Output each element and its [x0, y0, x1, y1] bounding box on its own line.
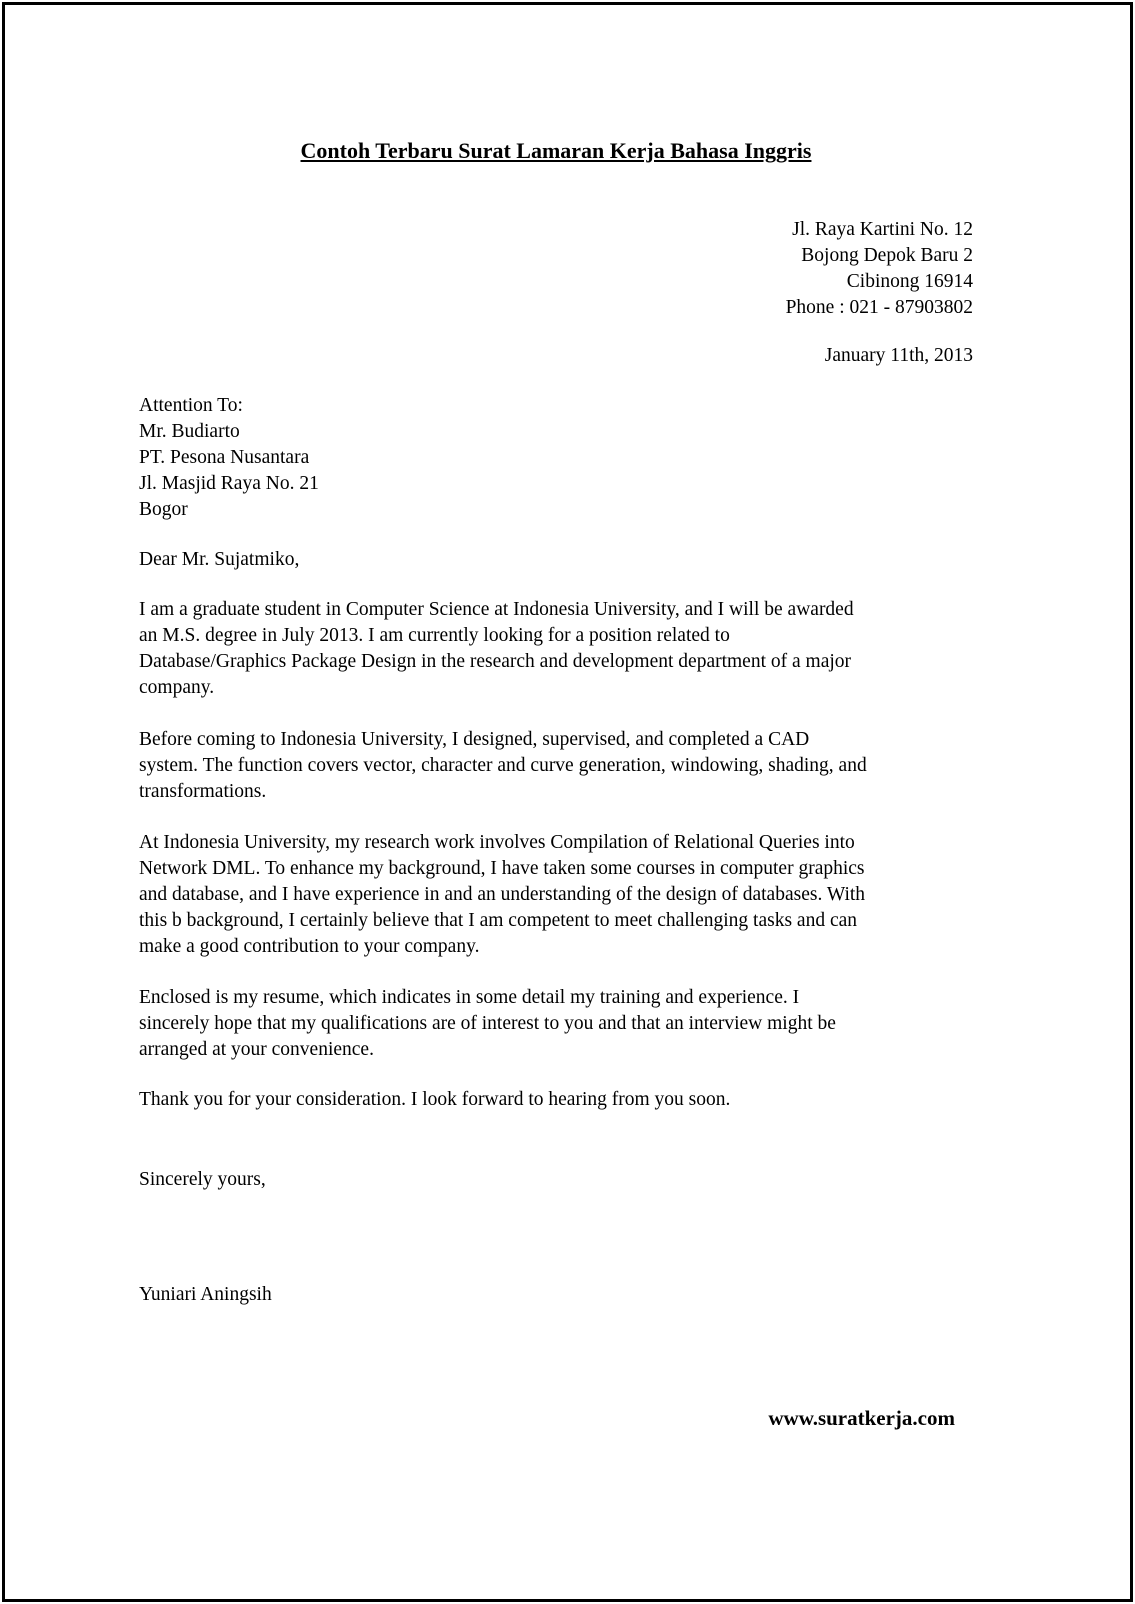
closing-phrase: Sincerely yours, — [139, 1167, 973, 1193]
sender-address-block: Jl. Raya Kartini No. 12 Bojong Depok Bar… — [139, 217, 973, 321]
body-paragraph-5: Thank you for your consideration. I look… — [139, 1087, 973, 1113]
signature-name: Yuniari Aningsih — [139, 1282, 973, 1308]
body-paragraph-3: At Indonesia University, my research wor… — [139, 830, 973, 960]
body-paragraph-1: I am a graduate student in Computer Scie… — [139, 597, 973, 701]
salutation: Dear Mr. Sujatmiko, — [139, 547, 973, 573]
website-footer: www.suratkerja.com — [139, 1405, 955, 1432]
letter-title: Contoh Terbaru Surat Lamaran Kerja Bahas… — [139, 137, 973, 165]
letter-content: Contoh Terbaru Surat Lamaran Kerja Bahas… — [5, 137, 1130, 1432]
recipient-address-block: Attention To: Mr. Budiarto PT. Pesona Nu… — [139, 393, 973, 523]
letter-page: Contoh Terbaru Surat Lamaran Kerja Bahas… — [2, 2, 1133, 1602]
body-paragraph-4: Enclosed is my resume, which indicates i… — [139, 985, 973, 1063]
letter-date: January 11th, 2013 — [139, 343, 973, 369]
body-paragraph-2: Before coming to Indonesia University, I… — [139, 727, 973, 805]
